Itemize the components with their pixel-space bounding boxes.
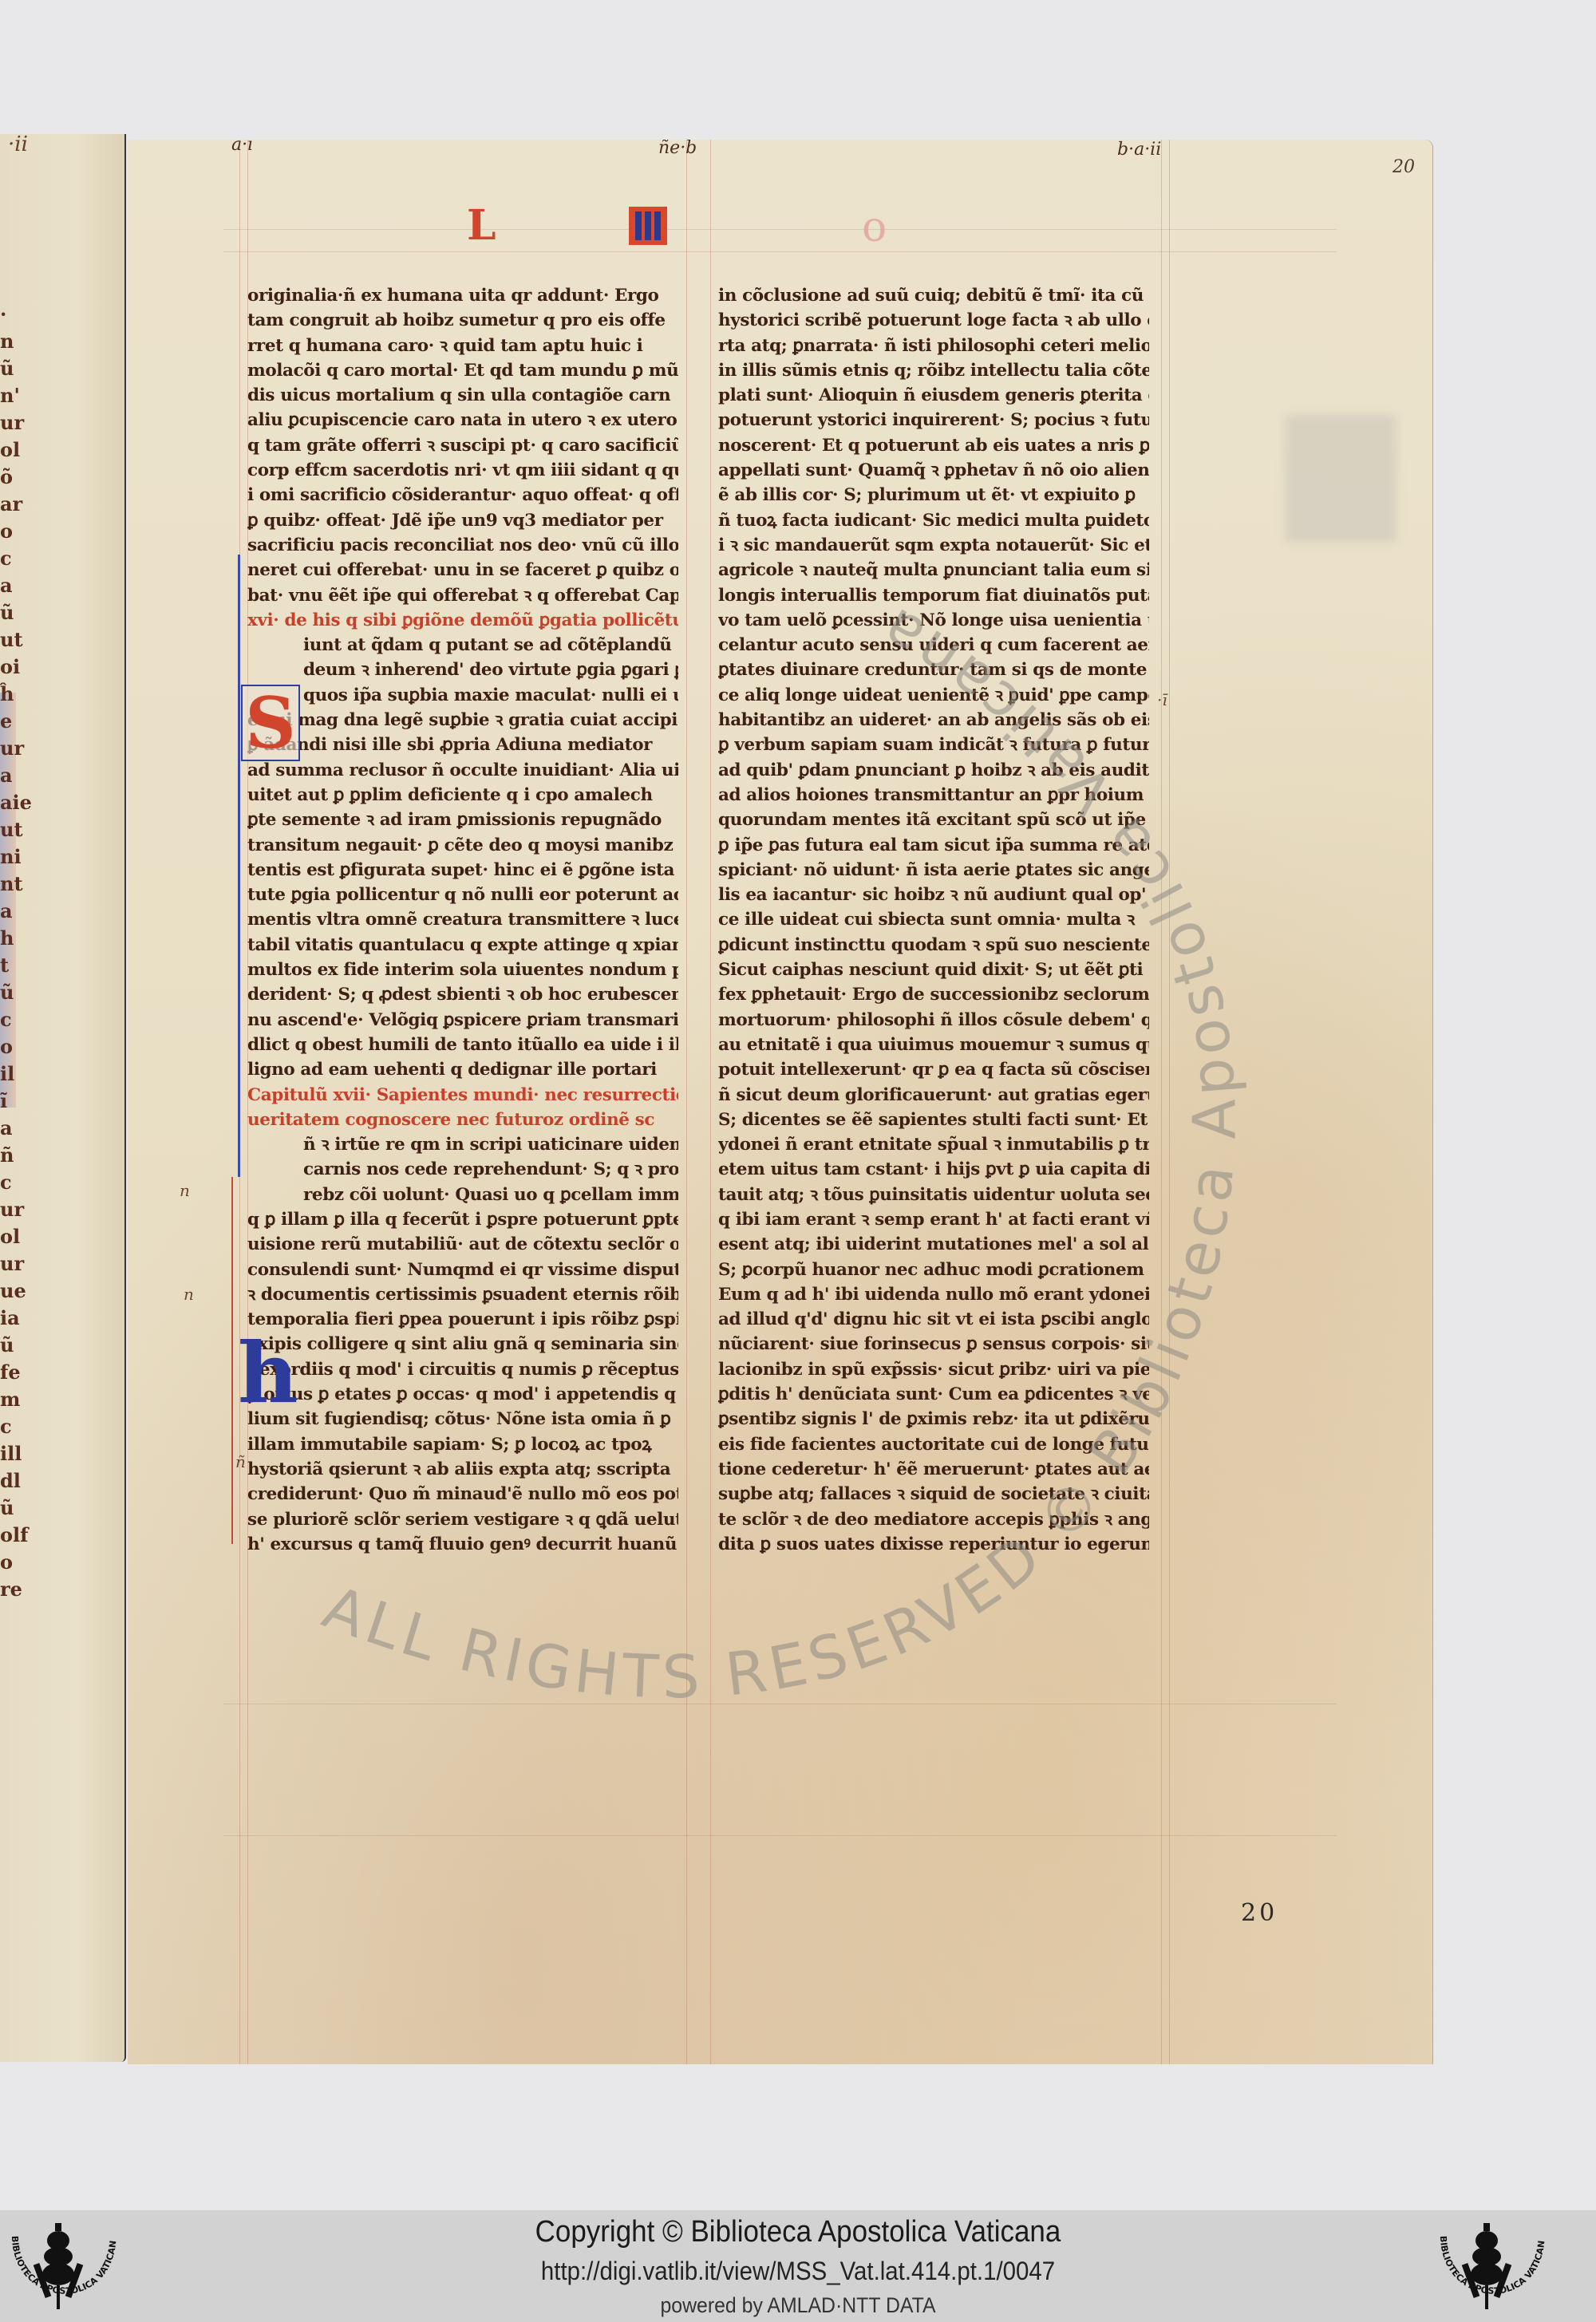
- manuscript-line: xvi· de his q sibi ꝑgiõne demõũ ꝑgatia p…: [247, 608, 678, 633]
- manuscript-line: i omi sacrificio cõsiderantur· aquo offe…: [247, 483, 678, 507]
- left-page-fragment-text: a: [0, 763, 13, 788]
- manuscript-line: consulendi sunt· Numqmd ei qr vissime di…: [247, 1258, 678, 1282]
- manuscript-line: ñ tuoꝝ facta iudicant· Sic medici multa …: [718, 508, 1149, 533]
- manuscript-line: derident· S; q ꝓdest sbienti ꝛ ob hoc er…: [247, 982, 678, 1007]
- left-page-fragment-text: õ: [0, 464, 13, 489]
- numeral-bar: [654, 211, 661, 240]
- manuscript-line: ad alios hoiones transmittantur an ꝑpr h…: [718, 783, 1149, 808]
- manuscript-line: illam immutabile sapiam· S; ꝑ locoꝝ ac t…: [247, 1432, 678, 1457]
- manuscript-line: i exordiis q mod' i circuitis q numis ꝑ …: [247, 1357, 678, 1382]
- left-page-fragment-text: a: [0, 898, 13, 923]
- manuscript-line: hystoriã qsierunt ꝛ ab aliis expta atq; …: [247, 1457, 678, 1482]
- ruling-line: [223, 1835, 1337, 1836]
- left-page-fragment-text: h: [0, 926, 14, 950]
- manuscript-line: ñ ꝛ irtũe re qm in scripi uaticinare uid…: [247, 1132, 678, 1157]
- left-page-fragment-text: ũ: [0, 356, 14, 381]
- manuscript-line: iunt at q̃dam q putant se ad cõtẽplandũ: [247, 633, 678, 658]
- margin-note: n: [180, 1181, 190, 1200]
- left-page-fragment-text: ũ: [0, 1495, 14, 1520]
- manuscript-line: ꝑsentibz signis l' de ꝑximis rebz· ita u…: [718, 1407, 1149, 1432]
- manuscript-line: te sclõr ꝛ de deo mediatore accepis ꝑphi…: [718, 1507, 1149, 1532]
- manuscript-line: au etnitatẽ i qua uiuimus mouemur ꝛ sumu…: [718, 1033, 1149, 1057]
- manuscript-line: in cõclusione ad suũ cuiq; debitũ ẽ tmĩ·…: [718, 283, 1149, 308]
- manuscript-page: a·i ñe·b b·a·ii 20 L o originalia·ñ ex h…: [128, 140, 1432, 2064]
- powered-by-text: powered by AMLAD·NTT DATA: [64, 2293, 1532, 2318]
- manuscript-line: ad quib' ꝑdam ꝑnunciant ꝑ hoibz ꝛ ab eis…: [718, 758, 1149, 783]
- manuscript-line: noscerent· Et q potuerunt ab eis uates a…: [718, 433, 1149, 458]
- manuscript-line: sacrificiu pacis reconciliat nos deo· vn…: [247, 533, 678, 558]
- manuscript-line: eis fide facientes auctoritate cui de lo…: [718, 1432, 1149, 1457]
- manuscript-line: Eum q ad h' ibi uidenda nullo mõ erant y…: [718, 1282, 1149, 1307]
- left-page-fragment-text: ut: [0, 817, 23, 842]
- manuscript-line: rret q humana caro· ꝛ quid tam aptu huic…: [247, 334, 678, 358]
- left-page-fragment-text: ur: [0, 736, 24, 760]
- vatican-library-logo-icon: BIBLIOTECA APOSTOLICA VATICANA: [1432, 2220, 1552, 2320]
- copyright-text: Copyright © Biblioteca Apostolica Vatica…: [64, 2215, 1532, 2249]
- left-page-fragment-text: a: [0, 573, 13, 598]
- left-page-fragment-text: e: [0, 709, 12, 733]
- left-page-fragment-text: ut: [0, 627, 23, 652]
- left-page-fragment-text: n: [0, 329, 14, 353]
- manuscript-line: hystorici scribẽ potuerunt loge facta ꝛ …: [718, 308, 1149, 333]
- manuscript-line: ce aliq longe uideat uenientẽ ꝛ ꝑuid' ꝑp…: [718, 683, 1149, 708]
- manuscript-line: quos ip̃a suꝑbia maxie maculat· nulli ei…: [247, 683, 678, 708]
- left-page-fragment-text: ·: [0, 302, 6, 326]
- left-page-fragment-text: ur: [0, 1251, 24, 1276]
- manuscript-line: plati sunt· Alioquin ñ eiusdem generis ꝑ…: [718, 383, 1149, 408]
- manuscript-line: lium sit fugiendisq; cõtus· Nõne ista om…: [247, 1407, 678, 1432]
- left-page-fragment-text: m: [0, 1387, 20, 1412]
- manuscript-line: lacionibz in spũ exp̃ssis· sicut ꝑribz· …: [718, 1357, 1149, 1382]
- manuscript-line: carnis nos cede reprehendunt· S; q ꝛ pro…: [247, 1157, 678, 1182]
- manuscript-line: bat· vnu ẽẽt ip̃e qui offerebat ꝛ q offe…: [247, 583, 678, 608]
- manuscript-line: aliu ꝑcupiscencie caro nata in utero ꝛ e…: [247, 408, 678, 432]
- left-page-fragment-text: dl: [0, 1468, 21, 1493]
- manuscript-line: appellati sunt· Quamq̃ ꝛ ꝑphetav ñ nõ oi…: [718, 458, 1149, 483]
- manuscript-line: corp effcm sacerdotis nri· vt qm iiii si…: [247, 458, 678, 483]
- manuscript-line: ꝑ verbum sapiam suam indicãt ꝛ futura ꝑ …: [718, 733, 1149, 757]
- manuscript-line: q ꝑ illam ꝑ illa q fecerũt i ꝑspre potue…: [247, 1207, 678, 1232]
- manuscript-line: ydonei ñ erant etnitate sp̃ual ꝛ inmutab…: [718, 1132, 1149, 1157]
- manuscript-line: longis interuallis temporum fiat diuinat…: [718, 583, 1149, 608]
- left-page-fragment-text: ĥ: [0, 681, 14, 706]
- left-page-fragment-text: il: [0, 1061, 14, 1086]
- margin-note: n: [184, 1285, 194, 1304]
- text-column-right: in cõclusione ad suũ cuiq; debitũ ẽ tmĩ·…: [718, 283, 1149, 1557]
- manuscript-line: uisione rerũ mutabiliũ· aut de cõtextu s…: [247, 1232, 678, 1257]
- left-page-fragment-text: ũ: [0, 980, 14, 1005]
- left-page-fragment-text: ue: [0, 1278, 26, 1303]
- manuscript-line: ꝑ quibz· offeat· Jdẽ ip̃e un9 vq3 mediat…: [247, 508, 678, 533]
- manuscript-line: in illis sũmis etnis q; rõibz intellectu…: [718, 358, 1149, 383]
- manuscript-line: potuerunt ystorici inquirerent· S; pociu…: [718, 408, 1149, 432]
- permalink-url[interactable]: http://digi.vatlib.it/view/MSS_Vat.lat.4…: [64, 2257, 1532, 2286]
- manuscript-line: Capitulũ xvii· Sapientes mundi· nec resu…: [247, 1083, 678, 1108]
- manuscript-line: quorundam mentes itã excitant spũ scõ ut…: [718, 808, 1149, 832]
- ruling-line: [710, 140, 711, 2064]
- left-page-fragment-text: ur: [0, 1197, 24, 1222]
- numeral-bar: [635, 211, 642, 240]
- left-page-fragment-text: ill: [0, 1441, 22, 1466]
- left-page-fragment-text: aie: [0, 790, 32, 815]
- left-page-fragment-text: n': [0, 383, 20, 408]
- left-page-fragment-text: ĩ: [0, 1088, 7, 1113]
- stamped-page-number: 20: [1241, 1899, 1278, 1927]
- manuscript-line: i ꝛ sic mandauerũt sqm expta notauerũt· …: [718, 533, 1149, 558]
- manuscript-line: ꝑ ortus ꝑ etates ꝑ occas· q mod' i appet…: [247, 1382, 678, 1407]
- manuscript-line: rebz cõi uolunt· Quasi uo q ꝑcellam immu…: [247, 1183, 678, 1207]
- left-page-fragment-text: ñ: [0, 1143, 14, 1167]
- manuscript-line: S; dicentes se ẽẽ sapientes stulti facti…: [718, 1108, 1149, 1132]
- manuscript-line: q ibi iam erant ꝛ semp erant h' at facti…: [718, 1207, 1149, 1232]
- left-page-fragment-text: o: [0, 1034, 13, 1059]
- left-page-fragment-text: c: [0, 546, 12, 571]
- manuscript-line: ꝑditis h' denũciata sunt· Cum ea ꝑdicent…: [718, 1382, 1149, 1407]
- manuscript-line: esent atq; ibi uiderint mutationes mel' …: [718, 1232, 1149, 1257]
- manuscript-line: ligno ad eam uehenti q dedignar ille por…: [247, 1057, 678, 1082]
- manuscript-line: crediderunt· Quo m̃ minaud'ẽ nullo mõ eo…: [247, 1482, 678, 1507]
- left-page-fragment-text: olf: [0, 1522, 28, 1547]
- manuscript-line: deum ꝛ inherend' deo virtute ꝑgia ꝑgari …: [247, 658, 678, 682]
- manuscript-line: ꝑdicunt instincttu quodam ꝛ spũ suo nesc…: [718, 933, 1149, 958]
- running-head-numeral: [629, 207, 667, 245]
- left-page-fragment-text: ũ: [0, 1333, 14, 1357]
- left-page-fragment-text: c: [0, 1170, 12, 1195]
- top-note-right: b·a·ii: [1117, 140, 1161, 160]
- margin-note: ·ī: [1157, 690, 1167, 709]
- ruling-line: [1169, 140, 1170, 2064]
- manuscript-line: mortuorum· philosophi ñ illos cõsule deb…: [718, 1008, 1149, 1033]
- manuscript-line: q tam grãte offerri ꝛ suscipi pt· q caro…: [247, 433, 678, 458]
- manuscript-line: ẽ ab illis cor· S; plurimum ut ẽt· vt ex…: [718, 483, 1149, 507]
- manuscript-line: celantur acuto sensu uideri q cum facere…: [718, 633, 1149, 658]
- manuscript-line: ꝑtates diuinare creduntur· tam si qs de …: [718, 658, 1149, 682]
- left-page-fragment-text: re: [0, 1577, 22, 1601]
- manuscript-line: agricole ꝛ nauteq̃ multa ꝑnunciant talia…: [718, 558, 1149, 582]
- manuscript-line: ad illud q'd' dignu hic sit vt ei ista ꝑ…: [718, 1307, 1149, 1332]
- manuscript-line: Sicut caiphas nesciunt quid dixit· S; ut…: [718, 958, 1149, 982]
- manuscript-line: vo tam uelõ ꝑcessint· Nõ longe uisa ueni…: [718, 608, 1149, 633]
- numeral-bar: [645, 211, 651, 240]
- manuscript-line: ꝑ ãdandi nisi ille sbi ꝓpria Adiuna medi…: [247, 733, 678, 757]
- ruling-line: [223, 251, 1337, 252]
- top-note-center: ñe·b: [658, 140, 697, 158]
- show-through-stain: [1285, 415, 1396, 543]
- manuscript-line: dis uicus mortalium q sin ulla contagiõe…: [247, 383, 678, 408]
- left-page-fragment-text: ol: [0, 437, 20, 462]
- left-page-fragment-text: t: [0, 953, 9, 977]
- manuscript-line: lis ea iacantur· sic hoibz ꝛ nũ audiunt …: [718, 883, 1149, 907]
- pen-flourish: [231, 1177, 233, 1544]
- running-head-letter-left: L: [467, 202, 496, 250]
- manuscript-line: suꝑbe atq; fallaces ꝛ siquid de societat…: [718, 1482, 1149, 1507]
- manuscript-line: potuit intellexerunt· qr ꝑ ea q facta sũ…: [718, 1057, 1149, 1082]
- manuscript-line: originalia·ñ ex humana uita qr addunt· E…: [247, 283, 678, 308]
- manuscript-line: S; ꝑcorpũ huanor nec adhuc modi ꝑcration…: [718, 1258, 1149, 1282]
- manuscript-line: neret cui offerebat· unu in se faceret ꝑ…: [247, 558, 678, 582]
- manuscript-line: uitet aut ꝑ ꝑplim deficiente q i cpo ama…: [247, 783, 678, 808]
- manuscript-line: ce ille uideat cui sbiecta sunt omnia· m…: [718, 907, 1149, 932]
- copyright-footer: BIBLIOTECA APOSTOLICA VATICANA Copyright…: [0, 2210, 1596, 2322]
- ruling-line: [223, 1704, 1337, 1704]
- left-page-fragment-text: ia: [0, 1305, 20, 1330]
- manuscript-line: tione cederetur· h' ẽẽ meruerunt· ꝑtates…: [718, 1457, 1149, 1482]
- manuscript-line: ꝑte semente ꝛ ad iram ꝑmissionis repugnã…: [247, 808, 678, 832]
- manuscript-line: ueritatem cognoscere nec futuroz ordinẽ …: [247, 1108, 678, 1132]
- left-page-fragment-text: oi: [0, 654, 20, 679]
- folio-number: 20: [1393, 157, 1415, 177]
- left-page-fragment-text: ur: [0, 410, 24, 435]
- manuscript-line: temporalia fieri ꝑpea pouerunt i ipis rõ…: [247, 1307, 678, 1332]
- manuscript-line: transitum negauit· ꝑ cẽte deo q moysi ma…: [247, 833, 678, 858]
- text-column-left: originalia·ñ ex humana uita qr addunt· E…: [247, 283, 678, 1557]
- left-page-fragment-text: c: [0, 1414, 12, 1439]
- top-note-left: a·i: [231, 140, 253, 155]
- manuscript-line: dita ꝑ suos uates dixisse reperiuntur io…: [718, 1532, 1149, 1557]
- manuscript-line: habitantibz an uideret· an ab angelis sã…: [718, 708, 1149, 733]
- left-page-fragment-text: nt: [0, 871, 23, 896]
- manuscript-line: tabil vitatis quantulacu q expte attinge…: [247, 933, 678, 958]
- manuscript-line: rta atq; ꝑnarrata· ñ isti philosophi cet…: [718, 334, 1149, 358]
- running-head-letter-right: o: [862, 203, 887, 251]
- manuscript-line: mentis vltra omnẽ creatura transmittere …: [247, 907, 678, 932]
- manuscript-line: ñ sicut deum glorificauerunt· aut gratia…: [718, 1083, 1149, 1108]
- manuscript-line: ꝑ ip̃e ꝑas futura eal tam sicut ip̃a sum…: [718, 833, 1149, 858]
- manuscript-line: molacõi q caro mortal· Et qd tam mundu ꝑ…: [247, 358, 678, 383]
- manuscript-line: ꝛ documentis certissimis ꝑsuadent eterni…: [247, 1282, 678, 1307]
- manuscript-line: tentis est ꝑfigurata supet· hinc ei ẽ ꝑg…: [247, 858, 678, 883]
- left-page-fragment-text: ar: [0, 492, 22, 516]
- manuscript-line: nũciarent· siue forinsecus ꝑ sensus corp…: [718, 1332, 1149, 1356]
- left-page-fragment-text: ũ: [0, 600, 14, 625]
- manuscript-line: fex ꝑphetauit· Ergo de successionibz sec…: [718, 982, 1149, 1007]
- manuscript-line: nu ascend'e· Velõgiq ꝑspicere ꝑriam tran…: [247, 1008, 678, 1033]
- pen-flourish: [238, 555, 240, 1177]
- manuscript-line: se pluriorẽ sclõr seriem vestigare ꝛ q ꝗ…: [247, 1507, 678, 1532]
- left-page-fragment: ·ii ·nũn'urolõarocaũutoiĥeuraaieutnintah…: [0, 134, 126, 2062]
- left-page-fragment-text: ni: [0, 844, 22, 869]
- left-page-fragment-text: fe: [0, 1360, 21, 1384]
- manuscript-line: tute ꝑgia pollicentur q nõ nulli eor pot…: [247, 883, 678, 907]
- left-page-fragment-text: o: [0, 1550, 13, 1574]
- manuscript-line: dlict q obest humili de tanto itũallo ea…: [247, 1033, 678, 1057]
- left-page-folio-mark: ·ii: [8, 134, 28, 156]
- manuscript-line: tam congruit ab hoibz sumetur q pro eis …: [247, 308, 678, 333]
- manuscript-line: spiciant· nõ uidunt· ñ ista aerie ꝑtates…: [718, 858, 1149, 883]
- left-page-fragment-text: ol: [0, 1224, 20, 1249]
- illuminated-initial-s: S: [241, 685, 300, 761]
- manuscript-line: h' excursus q tamq̃ fluuio genꝰ decurrit…: [247, 1532, 678, 1557]
- manuscript-line: exipis colligere q sint aliu gnã q semin…: [247, 1332, 678, 1356]
- manuscript-line: ẽ cui mag dna legẽ suꝑbie ꝛ gratia cuiat…: [247, 708, 678, 733]
- left-page-fragment-text: a: [0, 1116, 13, 1140]
- ruling-line: [223, 229, 1337, 230]
- image-viewer[interactable]: ·ii ·nũn'urolõarocaũutoiĥeuraaieutnintah…: [0, 0, 1596, 2210]
- margin-note: ñ: [235, 1452, 246, 1471]
- left-page-fragment-text: c: [0, 1007, 12, 1032]
- manuscript-line: etem uitus tam cstant· i hijs ꝑvt ꝑ uia …: [718, 1157, 1149, 1182]
- ruling-line: [1161, 140, 1162, 2064]
- manuscript-line: multos ex fide interim sola uiuentes non…: [247, 958, 678, 982]
- ruling-line: [686, 140, 687, 2064]
- manuscript-line: ad summa reclusor ñ occulte inuidiant· A…: [247, 758, 678, 783]
- left-page-fragment-text: o: [0, 519, 13, 543]
- illuminated-initial-h: h: [238, 1329, 294, 1418]
- manuscript-line: tauit atq; ꝛ tõus ꝑuinsitatis uidentur u…: [718, 1183, 1149, 1207]
